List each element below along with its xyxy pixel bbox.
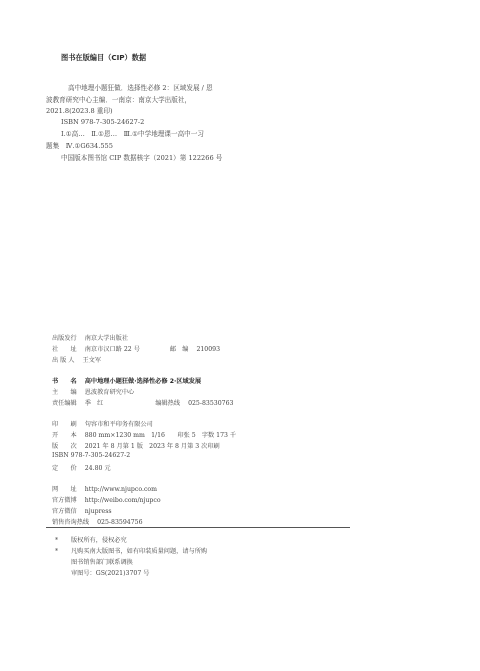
cip-line: 题集 Ⅳ.①G634.555 [46,143,113,150]
map-approval-number: 审图号：GS(2021)3707 号 [71,568,149,577]
note-item: *版权所有，侵权必究 [55,535,127,544]
website-link[interactable]: http://www.njupco.com [85,486,157,493]
weibo-row: 官方微博http://weibo.com/njupco [52,495,161,504]
website-row: 网 址http://www.njupco.com [52,484,157,493]
divider [46,527,350,528]
publisher-row: 出版发行南京大学出版社 [52,333,128,342]
field-label: 定 价 [52,463,77,472]
bullet-icon: * [55,537,71,544]
cip-line: Ⅰ.①高… Ⅱ.①恩… Ⅲ.①中学地理课一高中一习 [61,131,204,138]
printer-row: 印 刷句容市和平印务有限公司 [52,419,153,428]
note-item: *凡购买南大版图书，如有印装质量问题，请与所购 [55,546,207,555]
cip-line: 高中地理小题狂做．选择性必修 2：区域发展 / 恩 [68,85,213,92]
field-label: 开 本 [52,430,77,439]
field-label: 官方微信 [52,506,77,515]
field-value: 南京市汉口路 22 号 [85,346,140,353]
isbn-row: ISBN978-7-305-24627-2 [52,452,130,459]
field-value: 恩波教育研究中心 [85,389,135,396]
editor-hotline: 025-83530763 [188,400,233,407]
cip-title: 图书在版编目（CIP）数据 [61,53,146,63]
note-text: 版权所有，侵权必究 [71,537,127,544]
field-label: 出版发行 [52,333,77,342]
field-value: 2021 年 8 月第 1 版 2023 年 8 月第 3 次印刷 [85,443,220,450]
sales-hotline: 025-83594756 [97,519,142,526]
wechat-row: 官方微信njupress [52,506,112,515]
field-value: 880 mm×1230 mm 1/16 印张 5 字数 173 千 [85,432,236,439]
cip-line: 波教育研究中心主编．一南京：南京大学出版社， [46,97,191,104]
field-label: ISBN [52,452,69,459]
cip-line: 2021.8(2023.8 重印) [46,108,113,115]
wechat-id: njupress [85,508,112,515]
field-label: 官方微博 [52,495,77,504]
price-row: 定 价24.80 元 [52,463,111,472]
book-title: 高中地理小题狂做·选择性必修 2·区域发展 [85,378,201,385]
sales-hotline-row: 销售咨询热线025-83594756 [52,517,143,526]
editor-row: 主 编恩波教育研究中心 [52,387,134,396]
field-value: 南京大学出版社 [85,335,128,342]
field-value: 句容市和平印务有限公司 [85,421,153,428]
field-value: 季 红 [85,400,104,407]
price-value: 24.80 元 [85,465,111,472]
field-label: 印 刷 [52,419,77,428]
field-label: 主 编 [52,387,77,396]
note-text: 凡购买南大版图书，如有印装质量问题，请与所购 [71,548,207,555]
field-value: 王文军 [83,357,102,364]
weibo-link[interactable]: http://weibo.com/njupco [85,497,161,504]
book-title-row: 书 名高中地理小题狂做·选择性必修 2·区域发展 [52,376,201,385]
field-label: 邮 编 [170,346,189,353]
field-label: 社 址 [52,344,77,353]
edition-row: 版 次2021 年 8 月第 1 版 2023 年 8 月第 3 次印刷 [52,441,220,450]
bullet-icon: * [55,548,71,555]
format-row: 开 本880 mm×1230 mm 1/16 印张 5 字数 173 千 [52,430,236,439]
field-label: 编辑热线 [155,400,180,407]
field-label: 责任编辑 [52,398,77,407]
field-label: 书 名 [52,376,77,385]
field-label: 销售咨询热线 [52,517,89,526]
field-label: 出 版 人 [52,355,75,364]
cip-record-number: 中国版本图书馆 CIP 数据核字（2021）第 122266 号 [61,155,222,162]
postcode-value: 210093 [196,346,220,353]
field-label: 网 址 [52,484,77,493]
cip-isbn: ISBN 978-7-305-24627-2 [61,119,144,126]
note-continuation: 图书销售部门联系调换 [71,557,133,566]
publisher-person-row: 出 版 人王文军 [52,355,101,364]
responsible-editor-row: 责任编辑季 红编辑热线025-83530763 [52,398,233,407]
field-label: 版 次 [52,441,77,450]
isbn-value: 978-7-305-24627-2 [71,452,131,459]
address-row: 社 址南京市汉口路 22 号邮 编210093 [52,344,220,353]
